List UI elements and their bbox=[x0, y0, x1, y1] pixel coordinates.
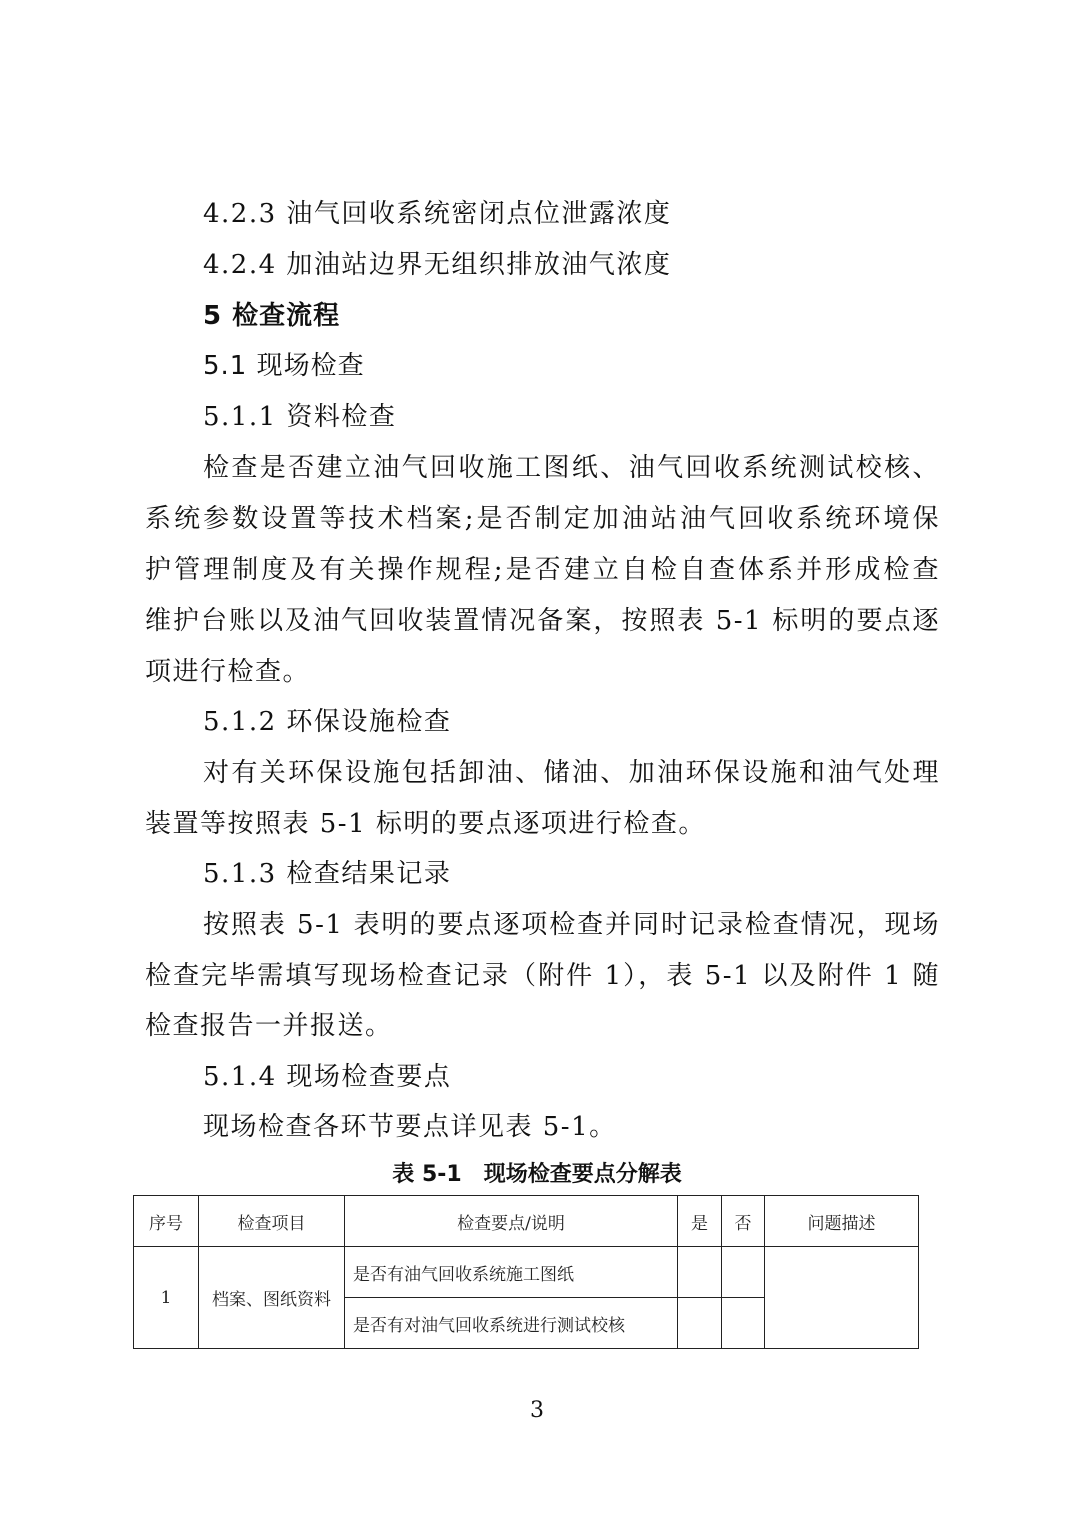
table-header-row: 序号 检查项目 检查要点/说明 是 否 问题描述 bbox=[134, 1196, 919, 1247]
subsection-heading-4-2-4: 4.2.4 加油站边界无组织排放油气浓度 bbox=[203, 249, 671, 281]
table-caption: 表 5-1 现场检查要点分解表 bbox=[0, 1160, 1074, 1190]
subsection-heading-5-1-1: 5.1.1 资料检查 bbox=[203, 401, 396, 433]
cell-yes-checkbox[interactable] bbox=[678, 1298, 722, 1349]
paragraph-line: 项进行检查。 bbox=[145, 656, 310, 688]
subsection-heading-5-1-4: 5.1.4 现场检查要点 bbox=[203, 1061, 451, 1093]
cell-point: 是否有对油气回收系统进行测试校核 bbox=[345, 1298, 678, 1349]
paragraph-line: 检查完毕需填写现场检查记录（附件 1），表 5-1 以及附件 1 随 bbox=[145, 960, 940, 992]
paragraph-line: 装置等按照表 5-1 标明的要点逐项进行检查。 bbox=[145, 808, 706, 840]
section-heading-5-1: 5.1 现场检查 bbox=[203, 350, 365, 382]
header-yes: 是 bbox=[678, 1196, 722, 1247]
section-heading-5: 5 检查流程 bbox=[203, 300, 340, 332]
paragraph-line: 护管理制度及有关操作规程;是否建立自检自查体系并形成检查 bbox=[145, 554, 940, 586]
subsection-heading-4-2-3: 4.2.3 油气回收系统密闭点位泄露浓度 bbox=[203, 198, 671, 230]
cell-index: 1 bbox=[134, 1247, 199, 1349]
cell-no-checkbox[interactable] bbox=[722, 1298, 765, 1349]
paragraph-line: 对有关环保设施包括卸油、储油、加油环保设施和油气处理 bbox=[203, 757, 940, 789]
subsection-heading-5-1-2: 5.1.2 环保设施检查 bbox=[203, 706, 451, 738]
paragraph-line: 系统参数设置等技术档案;是否制定加油站油气回收系统环境保 bbox=[145, 503, 940, 535]
header-problem: 问题描述 bbox=[765, 1196, 919, 1247]
cell-item: 档案、图纸资料 bbox=[199, 1247, 345, 1349]
paragraph-line: 检查是否建立油气回收施工图纸、油气回收系统测试校核、 bbox=[203, 452, 940, 484]
header-no: 否 bbox=[722, 1196, 765, 1247]
paragraph-line: 检查报告一并报送。 bbox=[145, 1010, 393, 1042]
cell-problem-description[interactable] bbox=[765, 1247, 919, 1349]
cell-no-checkbox[interactable] bbox=[722, 1247, 765, 1298]
header-points: 检查要点/说明 bbox=[345, 1196, 678, 1247]
page-number: 3 bbox=[0, 1398, 1074, 1423]
header-item: 检查项目 bbox=[199, 1196, 345, 1247]
paragraph-line: 现场检查各环节要点详见表 5-1。 bbox=[203, 1111, 617, 1143]
subsection-heading-5-1-3: 5.1.3 检查结果记录 bbox=[203, 858, 451, 890]
header-index: 序号 bbox=[134, 1196, 199, 1247]
cell-yes-checkbox[interactable] bbox=[678, 1247, 722, 1298]
paragraph-line: 维护台账以及油气回收装置情况备案，按照表 5-1 标明的要点逐 bbox=[145, 605, 940, 637]
paragraph-line: 按照表 5-1 表明的要点逐项检查并同时记录检查情况，现场 bbox=[203, 909, 940, 941]
table-row: 1 档案、图纸资料 是否有油气回收系统施工图纸 bbox=[134, 1247, 919, 1298]
inspection-points-table: 序号 检查项目 检查要点/说明 是 否 问题描述 1 档案、图纸资料 是否有油气… bbox=[133, 1195, 919, 1349]
cell-point: 是否有油气回收系统施工图纸 bbox=[345, 1247, 678, 1298]
